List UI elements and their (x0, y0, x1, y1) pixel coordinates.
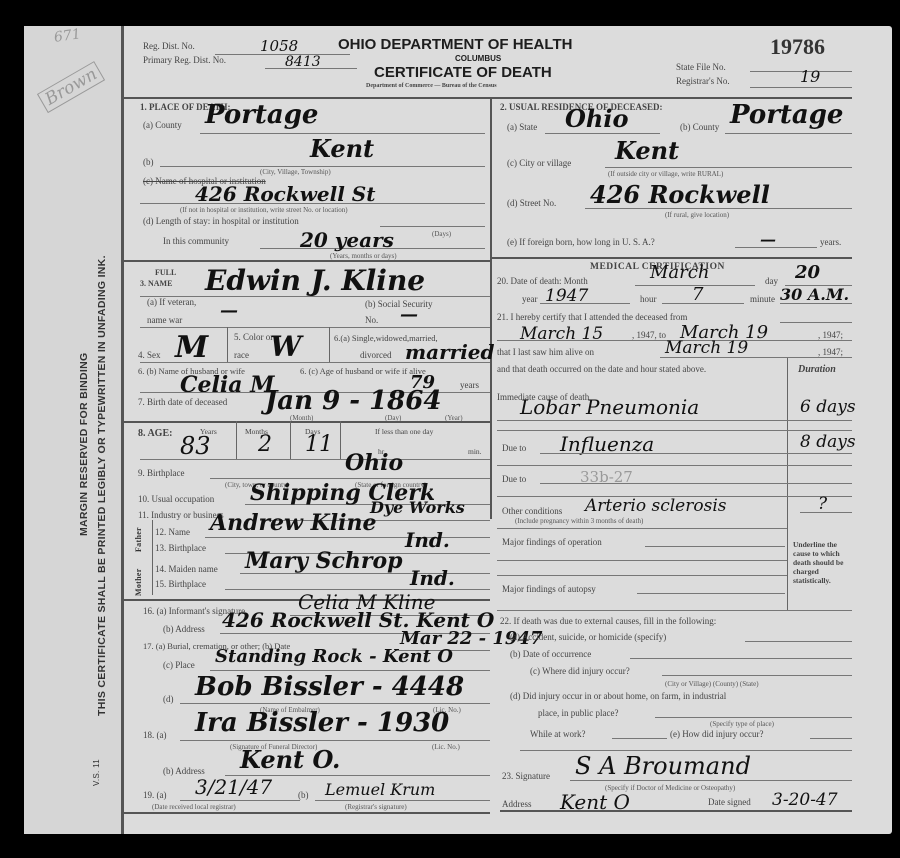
due-to-2-label: Due to (502, 474, 526, 484)
birth-date-value: Jan 9 - 1864 (265, 386, 441, 416)
physician-signature-label: 23. Signature (502, 771, 550, 781)
while-at-work-label: While at work? (530, 729, 585, 739)
certificate-number: 19786 (770, 34, 825, 60)
funeral-director-lic-caption: (Lic. No.) (432, 743, 460, 751)
registrar-date-value: 3/21/47 (195, 775, 272, 799)
death-hour-value: 7 (692, 284, 703, 305)
last-seen-year: , 1947; (818, 347, 843, 357)
death-year-label: year (522, 294, 538, 304)
burial-place-value: Standing Rock - Kent O (215, 646, 453, 667)
other-conditions-label: Other conditions (502, 506, 562, 516)
residence-state-label: (a) State (507, 122, 537, 132)
due-to-1-duration: 8 days (800, 432, 856, 452)
race-label: race (234, 350, 249, 360)
operation-findings-label: Major findings of operation (502, 537, 602, 547)
external-causes-intro: 22. If death was due to external causes,… (500, 616, 716, 626)
residence-city-label: (c) City or village (507, 158, 571, 168)
ssn-no-label: No. (365, 315, 378, 325)
pencil-note-name: Brown (37, 61, 105, 113)
funeral-director-value: Ira Bissler - 1930 (195, 708, 449, 738)
death-hour-label: hour (640, 294, 657, 304)
death-city-value: Kent (310, 134, 374, 163)
date-signed-value: 3-20-47 (772, 790, 838, 810)
death-city-label: (b) (143, 157, 154, 167)
full-name-label-2: 3. NAME (140, 279, 172, 288)
injury-how-label: (e) How did injury occur? (670, 729, 763, 739)
residence-city-value: Kent (615, 136, 679, 165)
burial-place-label: (c) Place (163, 660, 195, 670)
birthplace-label: 9. Birthplace (138, 468, 185, 478)
other-conditions-caption: (Include pregnancy within 3 months of de… (515, 517, 643, 525)
underline-note: Underline the cause to which death shoul… (793, 540, 848, 585)
father-birthplace-value: Ind. (405, 528, 450, 552)
father-side-label: Father (134, 527, 143, 552)
residence-county-label: (b) County (680, 122, 719, 132)
death-county-value: Portage (205, 100, 318, 130)
age-days-value: 11 (305, 432, 333, 457)
color-label: 5. Color or (234, 332, 273, 342)
war-label: name war (147, 315, 182, 325)
physician-signature-value: S A Broumand (575, 752, 751, 780)
immediate-cause-value: Lobar Pneumonia (520, 395, 699, 419)
immediate-cause-duration: 6 days (800, 397, 856, 417)
community-label: In this community (163, 236, 229, 246)
stay-caption: (Days) (432, 230, 451, 238)
date-signed-label: Date signed (708, 797, 751, 807)
death-address-value: 426 Rockwell St (195, 182, 376, 206)
stated-label: and that death occurred on the date and … (497, 364, 787, 375)
death-day-value: 20 (795, 262, 820, 283)
community-value: 20 years (300, 228, 394, 252)
registrar-signature-caption: (Registrar's signature) (345, 803, 407, 811)
death-year-value: 1947 (545, 286, 588, 306)
registrar-date-caption: (Date received local registrar) (152, 803, 236, 811)
community-caption: (Years, months or days) (330, 252, 397, 260)
primary-reg-label: Primary Reg. Dist. No. (143, 55, 226, 65)
spouse-age-unit: years (460, 380, 479, 390)
mother-name-label: 14. Maiden name (155, 564, 218, 574)
dept-title: OHIO DEPARTMENT OF HEALTH (338, 36, 572, 53)
registrar-label: Registrar's No. (676, 76, 730, 86)
attended-to-year: , 1947; (818, 330, 843, 340)
registrar-signature-label: (b) (298, 790, 309, 800)
mother-birthplace-label: 15. Birthplace (155, 579, 206, 589)
residence-city-caption: (If outside city or village, write RURAL… (608, 170, 723, 178)
injury-where-caption: (City or Village) (County) (State) (665, 680, 759, 688)
pencil-note-number: 671 (53, 26, 82, 46)
embalmer-label: (d) (163, 694, 174, 704)
mother-birthplace-value: Ind. (410, 566, 455, 590)
full-name-label-1: FULL (155, 268, 176, 277)
marital-label-2: divorced (360, 350, 392, 360)
embalmer-value: Bob Bissler - 4448 (195, 672, 464, 702)
father-name-label: 12. Name (155, 527, 190, 537)
registrar-value: 19 (800, 67, 820, 86)
war-value: — (220, 300, 238, 321)
age-label: 8. AGE: (138, 428, 172, 439)
state-file-label: State File No. (676, 62, 726, 72)
certificate-title: CERTIFICATE OF DEATH (374, 64, 552, 81)
occupation-label: 10. Usual occupation (138, 494, 214, 504)
father-birthplace-label: 13. Birthplace (155, 543, 206, 553)
attended-from-value: March 15 (520, 324, 603, 344)
less-than-day-label: If less than one day (375, 427, 433, 436)
age-years-value: 83 (180, 432, 211, 460)
birth-date-label: 7. Birth date of deceased (138, 397, 227, 407)
death-city-caption: (City, Village, Township) (260, 168, 331, 176)
dept-city: COLUMBUS (455, 54, 501, 63)
death-county-label: (a) County (143, 120, 182, 130)
reg-dist-label: Reg. Dist. No. (143, 41, 195, 51)
due-to-1-label: Due to (502, 443, 526, 453)
death-date-label: 20. Date of death: Month (497, 276, 588, 286)
other-conditions-duration: ? (818, 494, 827, 514)
stay-label: (d) Length of stay: in hospital or insti… (143, 216, 299, 226)
funeral-director-label: 18. (a) (143, 730, 167, 740)
foreign-born-label: (e) If foreign born, how long in U. S. A… (507, 237, 655, 247)
binding-margin: 671 Brown MARGIN RESERVED FOR BINDING TH… (24, 26, 124, 834)
registrar-signature-value: Lemuel Krum (325, 780, 435, 799)
informant-address-label: (b) Address (163, 624, 205, 634)
residence-state-value: Ohio (565, 104, 628, 133)
injury-place-label: (d) Did injury occur in or about home, o… (510, 691, 726, 701)
death-address-caption: (If not in hospital or institution, writ… (180, 206, 348, 214)
primary-reg-value: 8413 (285, 54, 321, 70)
death-minute-value: 30 A.M. (780, 285, 849, 304)
residence-street-value: 426 Rockwell (590, 180, 770, 209)
spouse-value: Celia M (180, 372, 275, 398)
birthplace-value: Ohio (345, 450, 403, 476)
reg-dist-value: 1058 (260, 37, 298, 55)
ssn-value: — (400, 304, 418, 325)
sex-label: 4. Sex (138, 350, 161, 360)
certify-label: 21. I hereby certify that I attended the… (497, 312, 687, 322)
industry-value: Dye Works (370, 498, 465, 517)
foreign-born-unit: years. (820, 237, 841, 247)
residence-county-value: Portage (730, 100, 843, 130)
injury-place-caption: (Specify type of place) (710, 720, 774, 728)
residence-street-label: (d) Street No. (507, 198, 556, 208)
form-code: V.S. 11 (92, 759, 101, 786)
residence-street-caption: (If rural, give location) (665, 211, 729, 219)
death-month-value: March (650, 262, 709, 283)
father-name-value: Andrew Kline (210, 510, 376, 536)
physician-address-label: Address (502, 799, 532, 809)
margin-notice-ink: THIS CERTIFICATE SHALL BE PRINTED LEGIBL… (96, 255, 108, 716)
accident-label: (a) Accident, suicide, or homicide (spec… (510, 632, 666, 642)
sex-value: M (175, 330, 208, 365)
margin-notice-binding: MARGIN RESERVED FOR BINDING (78, 352, 90, 536)
death-minute-label: minute (750, 294, 775, 304)
marital-value: married (405, 340, 495, 364)
race-value: W (270, 330, 301, 363)
dept-commerce: Department of Commerce — Bureau of the C… (366, 83, 497, 89)
foreign-born-value: — (760, 230, 776, 249)
ssn-label: (b) Social Security (365, 299, 432, 309)
funeral-director-address-value: Kent O. (240, 745, 340, 774)
attended-from-year: , 1947, to (632, 330, 666, 340)
veteran-label: (a) If veteran, (147, 297, 196, 307)
duration-header: Duration (798, 364, 836, 375)
full-name-value: Edwin J. Kline (205, 264, 425, 297)
min-label: min. (468, 447, 482, 456)
age-months-value: 2 (258, 432, 272, 457)
registrar-date-label: 19. (a) (143, 790, 167, 800)
spouse-age-label: 6. (c) Age of husband or wife if alive (300, 366, 426, 376)
last-seen-value: March 19 (665, 338, 748, 358)
other-conditions-value: Arterio sclerosis (585, 496, 727, 516)
injury-where-label: (c) Where did injury occur? (530, 666, 630, 676)
injury-place-label-2: place, in public place? (538, 708, 618, 718)
mother-side-label: Mother (134, 568, 143, 596)
mother-name-value: Mary Schrop (245, 548, 403, 574)
occurrence-date-label: (b) Date of occurrence (510, 649, 591, 659)
last-seen-label: that I last saw him alive on (497, 347, 594, 357)
death-day-label: day (765, 276, 778, 286)
autopsy-findings-label: Major findings of autopsy (502, 584, 596, 594)
